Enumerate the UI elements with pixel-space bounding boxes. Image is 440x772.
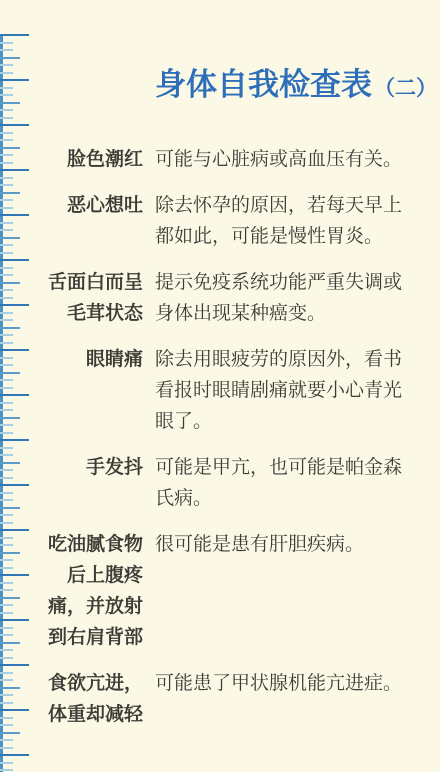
ruler-tick — [0, 64, 13, 66]
ruler-tick — [0, 124, 29, 126]
table-row: 脸色潮红 可能与心脏病或高血压有关。 — [43, 144, 429, 175]
table-row: 手发抖 可能是甲亢，也可能是帕金森 氏病。 — [43, 452, 429, 514]
table-row: 舌面白而呈 毛茸状态 提示免疫系统功能严重失调或 身体出现某种癌变。 — [43, 267, 429, 329]
page-title-main: 身体自我检查表 — [155, 67, 372, 102]
ruler-tick — [0, 229, 13, 231]
ruler-tick — [0, 192, 20, 194]
ruler-tick — [0, 447, 13, 449]
ruler-tick — [0, 177, 13, 179]
ruler-tick — [0, 514, 13, 516]
ruler-tick — [0, 72, 13, 74]
ruler-tick — [0, 409, 13, 411]
ruler-tick — [0, 297, 13, 299]
symptom-table: 脸色潮红 可能与心脏病或高血压有关。 恶心想吐 除去怀孕的原因，若每天早上 都如… — [43, 144, 429, 730]
ruler-tick — [0, 34, 29, 36]
ruler-tick — [0, 642, 20, 644]
ruler-tick — [0, 222, 13, 224]
ruler-tick — [0, 42, 13, 44]
symptom-label: 脸色潮红 — [43, 144, 143, 175]
ruler-tick — [0, 417, 20, 419]
symptom-meaning: 可能患了甲状腺机能亢进症。 — [155, 668, 429, 699]
ruler-tick — [0, 619, 29, 621]
ruler-tick — [0, 387, 13, 389]
table-row: 食欲亢进， 体重却减轻 可能患了甲状腺机能亢进症。 — [43, 668, 429, 730]
ruler-tick — [0, 747, 13, 749]
ruler-tick — [0, 439, 29, 441]
ruler-tick — [0, 664, 29, 666]
ruler-tick — [0, 582, 13, 584]
ruler-tick — [0, 147, 20, 149]
ruler-tick — [0, 402, 13, 404]
ruler-tick — [0, 244, 13, 246]
ruler-tick — [0, 184, 13, 186]
ruler-tick — [0, 762, 13, 764]
ruler-tick — [0, 544, 13, 546]
ruler-tick — [0, 364, 13, 366]
ruler-tick — [0, 469, 13, 471]
ruler-tick — [0, 379, 13, 381]
ruler-tick — [0, 604, 13, 606]
ruler-tick — [0, 274, 13, 276]
table-row: 眼睛痛 除去用眼疲劳的原因外，看书 看报时眼睛剧痛就要小心青光 眼了。 — [43, 344, 429, 437]
ruler-tick — [0, 267, 13, 269]
ruler-tick — [0, 424, 13, 426]
ruler-tick — [0, 574, 29, 576]
ruler-tick — [0, 372, 20, 374]
symptom-label: 食欲亢进， 体重却减轻 — [43, 668, 143, 730]
ruler-tick — [0, 304, 29, 306]
ruler-tick — [0, 132, 13, 134]
ruler-tick — [0, 709, 29, 711]
ruler-tick — [0, 694, 13, 696]
table-row: 吃油腻食物 后上腹疼 痛，并放射 到右肩背部 很可能是患有肝胆疾病。 — [43, 529, 429, 653]
ruler-tick — [0, 679, 13, 681]
ruler-tick — [0, 252, 13, 254]
ruler-tick — [0, 484, 29, 486]
symptom-meaning: 除去用眼疲劳的原因外，看书 看报时眼睛剧痛就要小心青光 眼了。 — [155, 344, 429, 437]
ruler-tick — [0, 612, 13, 614]
ruler-tick — [0, 109, 13, 111]
ruler-tick — [0, 559, 13, 561]
ruler-tick — [0, 394, 29, 396]
ruler-tick — [0, 627, 13, 629]
table-row: 恶心想吐 除去怀孕的原因，若每天早上 都如此，可能是慢性胃炎。 — [43, 190, 429, 252]
ruler-tick — [0, 327, 20, 329]
ruler-tick — [0, 214, 29, 216]
symptom-meaning: 可能与心脏病或高血压有关。 — [155, 144, 429, 175]
ruler-tick — [0, 589, 13, 591]
ruler-tick — [0, 162, 13, 164]
ruler-tick — [0, 499, 13, 501]
ruler-tick — [0, 357, 13, 359]
ruler-tick — [0, 649, 13, 651]
symptom-meaning: 提示免疫系统功能严重失调或 身体出现某种癌变。 — [155, 267, 429, 329]
ruler-tick — [0, 567, 13, 569]
ruler-tick — [0, 537, 13, 539]
ruler-tick — [0, 477, 13, 479]
ruler-tick — [0, 454, 13, 456]
ruler-tick — [0, 312, 13, 314]
ruler-tick — [0, 432, 13, 434]
ruler-tick — [0, 349, 29, 351]
ruler-tick — [0, 259, 29, 261]
ruler-tick — [0, 672, 13, 674]
ruler-tick — [0, 334, 13, 336]
symptom-label: 吃油腻食物 后上腹疼 痛，并放射 到右肩背部 — [43, 529, 143, 653]
ruler-tick — [0, 342, 13, 344]
ruler-tick — [0, 289, 13, 291]
ruler-tick — [0, 282, 20, 284]
ruler-tick — [0, 94, 13, 96]
symptom-meaning: 除去怀孕的原因，若每天早上 都如此，可能是慢性胃炎。 — [155, 190, 429, 252]
ruler-tick — [0, 522, 13, 524]
ruler-tick — [0, 732, 20, 734]
ruler-tick — [0, 87, 13, 89]
ruler-tick — [0, 739, 13, 741]
ruler-tick — [0, 207, 13, 209]
ruler-tick — [0, 717, 13, 719]
symptom-label: 手发抖 — [43, 452, 143, 483]
ruler-tick — [0, 702, 13, 704]
symptom-label: 眼睛痛 — [43, 344, 143, 375]
ruler-tick — [0, 492, 13, 494]
ruler — [0, 34, 34, 772]
page-title: 身体自我检查表（二） — [155, 64, 429, 110]
page-title-suffix: （二） — [374, 77, 437, 100]
ruler-tick — [0, 529, 29, 531]
content-panel: 身体自我检查表（二） 脸色潮红 可能与心脏病或高血压有关。 恶心想吐 除去怀孕的… — [43, 0, 429, 745]
ruler-tick — [0, 237, 20, 239]
ruler-tick — [0, 117, 13, 119]
ruler-tick — [0, 507, 20, 509]
ruler-tick — [0, 319, 13, 321]
ruler-tick — [0, 169, 29, 171]
ruler-tick — [0, 49, 13, 51]
ruler-tick — [0, 79, 29, 81]
symptom-meaning: 很可能是患有肝胆疾病。 — [155, 529, 429, 560]
ruler-tick — [0, 552, 20, 554]
ruler-tick — [0, 199, 13, 201]
ruler-tick — [0, 462, 20, 464]
ruler-tick — [0, 724, 13, 726]
symptom-meaning: 可能是甲亢，也可能是帕金森 氏病。 — [155, 452, 429, 514]
ruler-tick — [0, 769, 13, 771]
symptom-label: 恶心想吐 — [43, 190, 143, 221]
ruler-tick — [0, 634, 13, 636]
ruler-tick — [0, 139, 13, 141]
ruler-tick — [0, 154, 13, 156]
ruler-tick — [0, 597, 20, 599]
symptom-label: 舌面白而呈 毛茸状态 — [43, 267, 143, 329]
ruler-tick — [0, 687, 20, 689]
ruler-tick — [0, 657, 13, 659]
ruler-tick — [0, 57, 20, 59]
ruler-tick — [0, 754, 29, 756]
ruler-tick — [0, 102, 20, 104]
